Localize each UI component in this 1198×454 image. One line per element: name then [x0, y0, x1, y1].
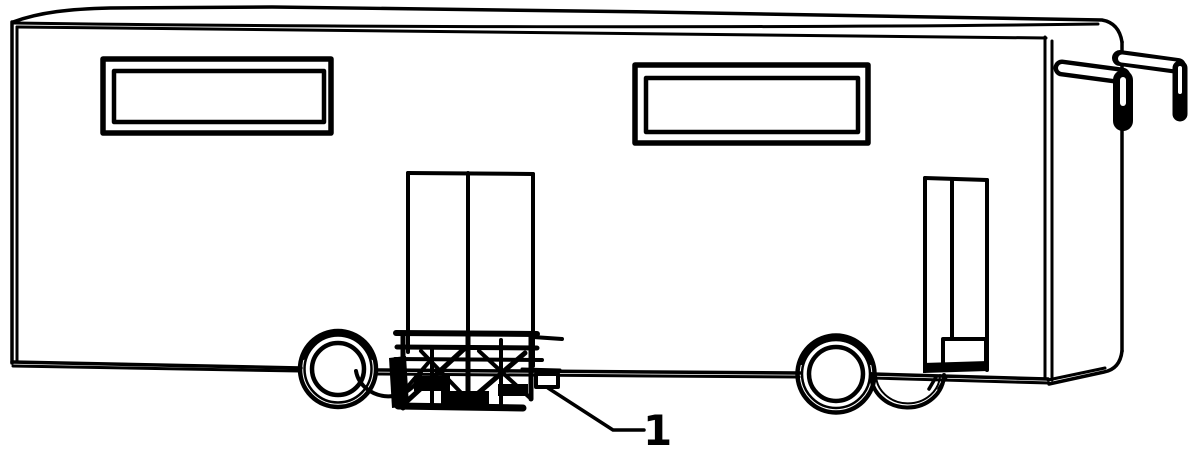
rear-door-shadow [923, 361, 988, 373]
rear-wheel [798, 336, 875, 413]
rear-window [635, 65, 868, 143]
drawing-root: 1 [12, 7, 1180, 454]
body-outline [12, 22, 1122, 384]
front-window [103, 59, 331, 133]
callout-1: 1 [548, 388, 672, 454]
leader-line [548, 388, 644, 430]
roof [13, 7, 1122, 42]
figure-canvas: 1 [0, 0, 1198, 454]
front-wheel [300, 331, 376, 407]
rear-door [923, 178, 988, 389]
far-mirror [1062, 68, 1123, 121]
reference-number-1: 1 [643, 406, 672, 454]
lift-bracket [536, 374, 558, 387]
bus-line-drawing: 1 [0, 0, 1198, 454]
mirror-assembly [1062, 58, 1180, 121]
